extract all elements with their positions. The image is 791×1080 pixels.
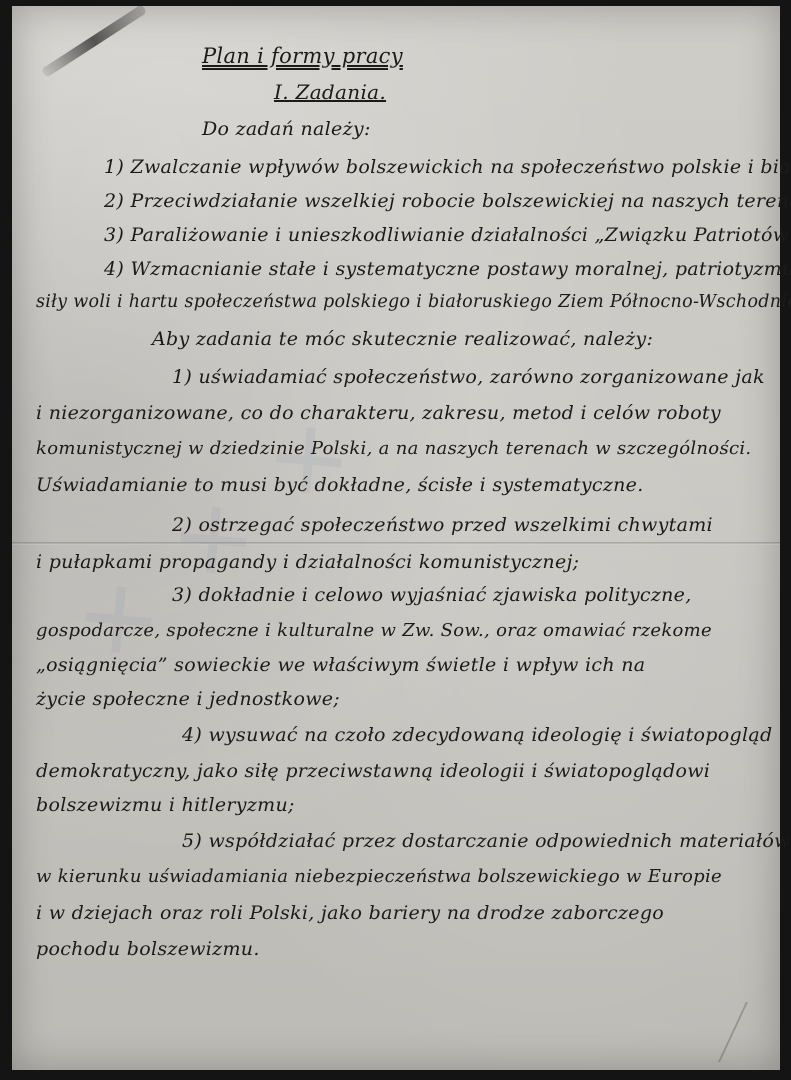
task-item: 3) Paraliżowanie i unieszkodliwianie dzi… xyxy=(104,224,791,246)
means-item: Uświadamianie to musi być dokładne, ścis… xyxy=(36,474,644,496)
means-item: i niezorganizowane, co do charakteru, za… xyxy=(36,402,721,424)
handwritten-document: ✕ ✕ ✕ Plan i formy pracy I. Zadania. Do … xyxy=(12,6,780,1070)
means-intro: Aby zadania te móc skutecznie realizować… xyxy=(152,328,653,350)
task-item: 2) Przeciwdziałanie wszelkiej robocie bo… xyxy=(104,190,791,212)
means-item: w kierunku uświadamiania niebezpieczeńst… xyxy=(36,866,722,887)
means-item: pochodu bolszewizmu. xyxy=(36,938,260,960)
corner-curl xyxy=(718,1002,788,1062)
document-title: Plan i formy pracy xyxy=(202,44,403,68)
means-item: demokratyczny, jako siłę przeciwstawną i… xyxy=(36,760,710,782)
means-item: gospodarcze, społeczne i kulturalne w Zw… xyxy=(36,620,712,641)
means-item: 5) współdziałać przez dostarczanie odpow… xyxy=(182,830,791,852)
means-item: i pułapkami propagandy i działalności ko… xyxy=(36,551,579,573)
means-item: życie społeczne i jednostkowe; xyxy=(36,688,340,710)
task-item: 1) Zwalczanie wpływów bolszewickich na s… xyxy=(104,156,791,178)
pencil-mark xyxy=(41,4,147,78)
task-item-continuation: siły woli i hartu społeczeństwa polskieg… xyxy=(36,292,791,312)
means-item: 3) dokładnie i celowo wyjaśniać zjawiska… xyxy=(172,584,692,606)
means-item: i w dziejach oraz roli Polski, jako bari… xyxy=(36,902,664,924)
means-item: 2) ostrzegać społeczeństwo przed wszelki… xyxy=(172,514,713,536)
means-item: „osiągnięcia” sowieckie we właściwym świ… xyxy=(36,654,645,676)
paper-fold xyxy=(12,542,780,545)
means-item: 4) wysuwać na czoło zdecydowaną ideologi… xyxy=(182,724,772,746)
means-item: bolszewizmu i hitleryzmu; xyxy=(36,794,295,816)
intro-text: Do zadań należy: xyxy=(202,118,371,140)
means-item: komunistycznej w dziedzinie Polski, a na… xyxy=(36,438,751,459)
section-heading: I. Zadania. xyxy=(274,80,386,104)
means-item: 1) uświadamiać społeczeństwo, zarówno zo… xyxy=(172,366,765,388)
task-item: 4) Wzmacnianie stałe i systematyczne pos… xyxy=(104,258,791,280)
watermark: ✕ ✕ ✕ xyxy=(57,391,380,686)
